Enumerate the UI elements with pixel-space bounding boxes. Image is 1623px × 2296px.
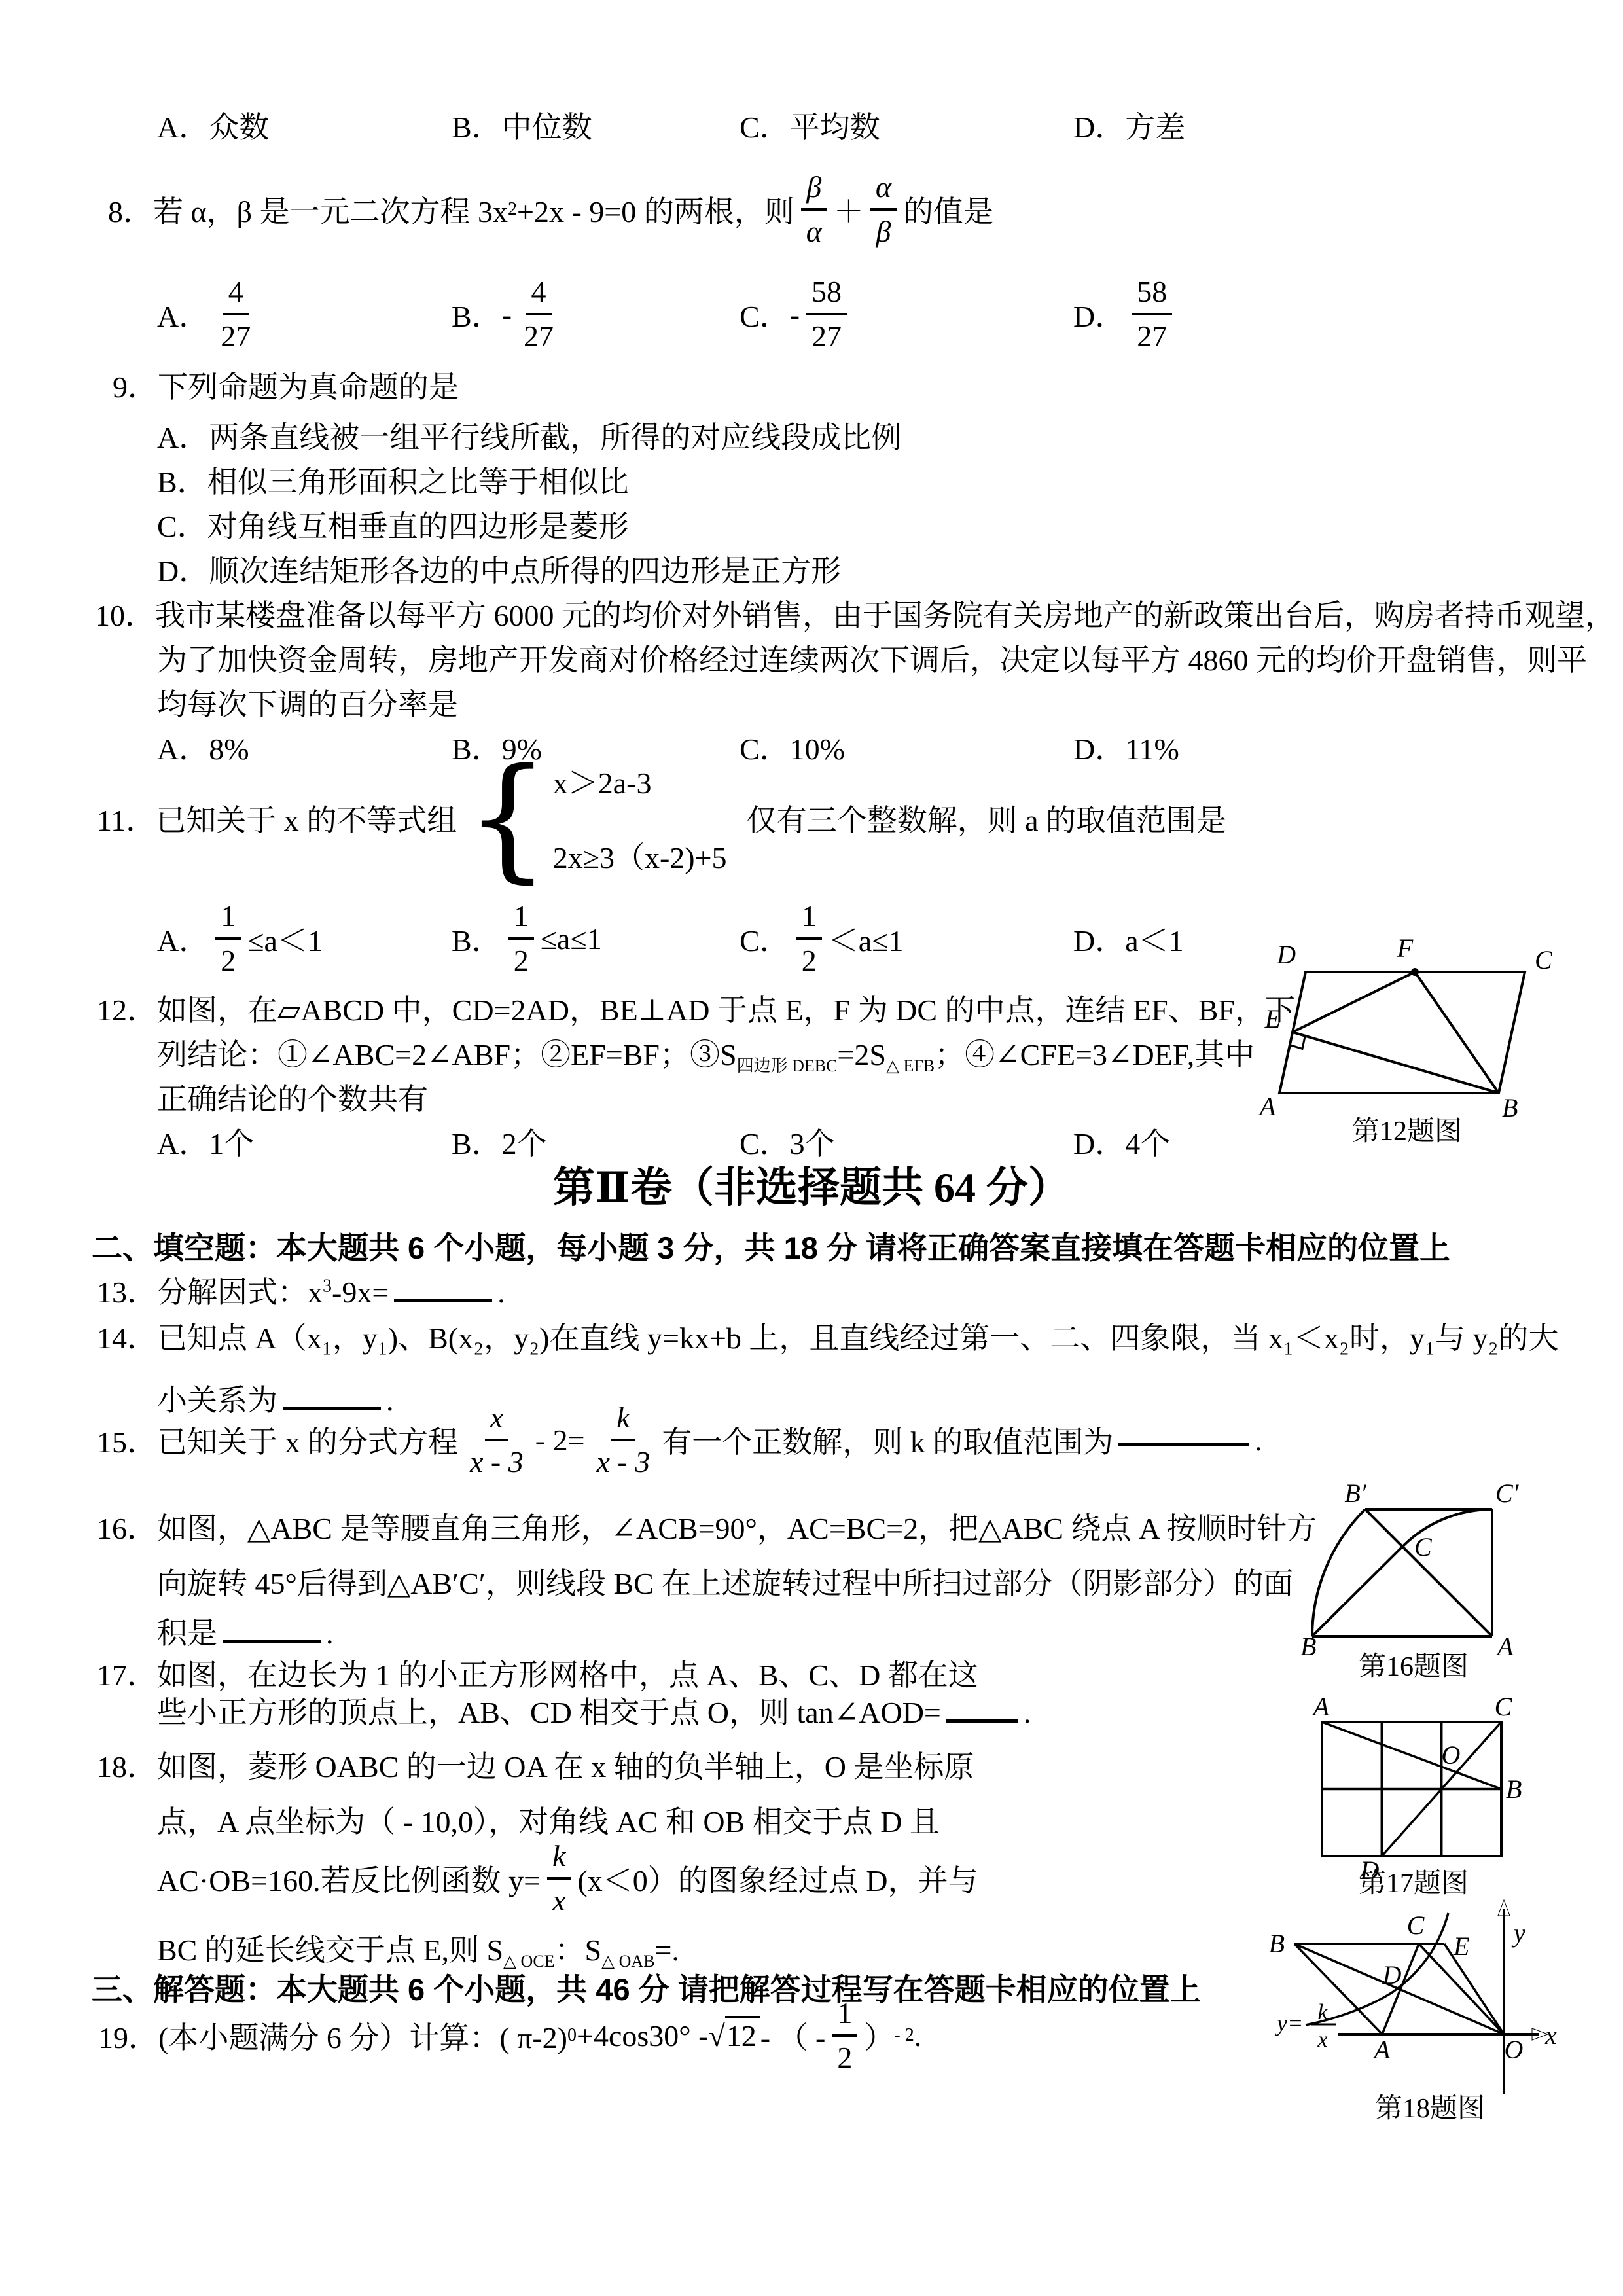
q9-option-c: C．对角线互相垂直的四边形是菱形 — [157, 507, 629, 547]
figure-caption: 第16题图 — [1359, 1652, 1469, 1679]
arc-b-bprime — [1312, 1509, 1365, 1636]
segment-ef — [1293, 972, 1415, 1032]
label-b: B — [1300, 1632, 1316, 1661]
q18-fraction: kx — [547, 1840, 571, 1916]
q12-line3: 正确结论的个数共有 — [157, 1080, 428, 1119]
curve-equation-pre: y= — [1275, 2010, 1303, 2036]
label-x-axis: x — [1544, 2020, 1557, 2050]
label-c: C — [1407, 1910, 1425, 1940]
q10-line1: 10．我市某楼盘准备以每平方 6000 元的均价对外销售，由于国务院有关房地产的… — [95, 596, 1615, 636]
q8-stem-mid: +2x - 9=0 的两根，则 — [517, 188, 794, 231]
answer-blank — [394, 1290, 492, 1302]
q11-option-d: D． a＜1 — [1073, 883, 1184, 994]
figure-q12: D F C E A B 第12题图 — [1240, 929, 1567, 1155]
q8-option-c: C．- 5827 — [740, 259, 853, 370]
q7-option-d: D．方差 — [1073, 108, 1185, 147]
q8-option-b: B．- 427 — [452, 259, 565, 370]
q13: 13．分解因式：x3-9x=. — [97, 1273, 505, 1312]
q7-option-c: C．平均数 — [740, 108, 880, 147]
q18-line1: 18．如图，菱形 OABC 的一边 OA 在 x 轴的负半轴上，O 是坐标原 — [97, 1748, 974, 1787]
label-a: A — [1372, 2035, 1391, 2064]
label-b: B — [1269, 1929, 1285, 1958]
q12-line1: 12．如图，在▱ABCD 中，CD=2AD，BE⊥AD 于点 E，F 为 DC … — [97, 991, 1295, 1030]
point-f-dot — [1411, 968, 1419, 976]
label-c: C — [1414, 1532, 1433, 1562]
label-d: D — [1382, 1960, 1402, 1990]
q7-option-b: B．中位数 — [452, 108, 592, 147]
q15-fraction-1: xx - 3 — [465, 1402, 529, 1478]
q8-stem-pre: 8．若 α，β 是一元二次方程 3x — [108, 188, 508, 231]
segment-eb — [1293, 1032, 1499, 1093]
q19: 19．(本小题满分 6 分）计算：( π-2)0 +4cos30° - √12 … — [98, 1977, 921, 2094]
label-o: O — [1505, 2035, 1524, 2064]
figure-caption: 第18题图 — [1375, 2094, 1485, 2124]
q15-fraction-2: kx - 3 — [592, 1402, 656, 1478]
system-brace: { — [465, 764, 550, 872]
q9-stem: 9．下列命题为真命题的是 — [113, 368, 459, 407]
figure-q18: B C E D A O x y y= k x 第18题图 — [1214, 1895, 1620, 2130]
q18-line3: AC·OB=160.若反比例函数 y= kx (x＜0）的图象经过点 D，并与 — [157, 1816, 978, 1941]
q8-stem-post: 的值是 — [903, 188, 993, 231]
q17-line2: 些小正方形的顶点上，AB、CD 相交于点 O，则 tan∠AOD=. — [157, 1693, 1031, 1732]
q12-line2: 列结论：①∠ABC=2∠ABF；②EF=BF；③S四边形 DEBC=2S△ EF… — [157, 1035, 1255, 1075]
curve-equation-num: k — [1317, 2000, 1328, 2024]
answer-blank — [1118, 1434, 1249, 1446]
q11-option-a: A． 12 ≤a＜1 — [157, 883, 323, 994]
q11-post: 仅有三个整数解，则 a 的取值范围是 — [747, 797, 1226, 840]
figure-q17: A C B D O 第17题图 — [1312, 1698, 1528, 1898]
q8-fraction-2: αβ — [870, 171, 897, 247]
label-a: A — [1495, 1632, 1514, 1661]
label-c: C — [1535, 945, 1553, 975]
q8-fraction-1: βα — [801, 171, 827, 247]
figure-caption: 第17题图 — [1359, 1869, 1469, 1895]
q16-line1: 16．如图，△ABC 是等腰直角三角形，∠ACB=90°，AC=BC=2，把△A… — [97, 1509, 1317, 1549]
inequality-2: 2x≥3（x-2)+5 — [553, 834, 727, 877]
q12-option-a: A．1个 — [157, 1124, 254, 1164]
label-b: B — [1506, 1774, 1522, 1804]
q9-option-b: B．相似三角形面积之比等于相似比 — [157, 463, 629, 502]
label-b-prime: B′ — [1344, 1482, 1366, 1508]
segment-a-bprime — [1365, 1509, 1492, 1636]
q12-option-b: B．2个 — [452, 1124, 547, 1164]
figure-caption: 第12题图 — [1352, 1117, 1462, 1147]
q10-line3: 均每次下调的百分率是 — [157, 685, 458, 725]
q12-subscript-2: △ EFB — [886, 1056, 935, 1075]
label-d: D — [1276, 940, 1296, 969]
q16-line3: 积是. — [157, 1614, 334, 1653]
square-root: √12 — [708, 2018, 760, 2053]
q9-option-d: D．顺次连结矩形各边的中点所得的四边形是正方形 — [157, 552, 841, 591]
q7-option-a: A．众数 — [157, 108, 269, 147]
segment-bc — [1312, 1547, 1402, 1636]
q12-option-d: D．4个 — [1073, 1124, 1170, 1164]
q8-stem: 8．若 α，β 是一元二次方程 3x2+2x - 9=0 的两根，则 βα ＋ … — [108, 154, 993, 265]
q10-line2: 为了加快资金周转，房地产开发商对价格经过连续两次下调后，决定以每平方 4860 … — [157, 641, 1587, 680]
figure-q16: B′ C′ C B A 第16题图 — [1299, 1482, 1561, 1682]
parallelogram-abcd — [1279, 972, 1525, 1093]
label-o: O — [1442, 1740, 1461, 1770]
q18-subscript-2: △ OAB — [601, 1952, 654, 1971]
label-e: E — [1453, 1931, 1469, 1961]
label-a: A — [1312, 1698, 1330, 1721]
inequality-system: x＞2a-3 2x≥3（x-2)+5 — [553, 759, 727, 877]
segment-ab — [1322, 1722, 1501, 1789]
q12-option-c: C．3个 — [740, 1124, 835, 1164]
q11-stem: 11．已知关于 x 的不等式组 { x＞2a-3 2x≥3（x-2)+5 仅有三… — [97, 740, 1226, 897]
shaded-swept-region — [1312, 1509, 1492, 1636]
q18-line4: BC 的延长线交于点 E,则 S△ OCE：S△ OAB=. — [157, 1931, 679, 1970]
q17-line1: 17．如图，在边长为 1 的小正方形网格中，点 A、B、C、D 都在这 — [97, 1656, 978, 1695]
inequality-1: x＞2a-3 — [553, 759, 727, 802]
q11-pre: 11．已知关于 x 的不等式组 — [97, 797, 457, 840]
label-a: A — [1258, 1092, 1276, 1121]
q11-option-c: C． 12 ＜a≤1 — [740, 883, 903, 994]
segment-ba — [1294, 1944, 1382, 2034]
q13-exponent: 3 — [323, 1276, 332, 1297]
answer-blank — [946, 1710, 1018, 1723]
label-y-axis: y — [1511, 1918, 1525, 1948]
answer-blank — [223, 1631, 321, 1643]
q14-line1: 14．已知点 A（x₁，y₁)、B(x₂，y₂)在直线 y=kx+b 上，且直线… — [97, 1319, 1559, 1358]
q9-option-a: A．两条直线被一组平行线所截，所得的对应线段成比例 — [157, 418, 901, 457]
label-e: E — [1264, 1004, 1281, 1033]
part2-header: 第Ⅱ卷（非选择题共 64 分） — [0, 1158, 1623, 1217]
q12-subscript-1: 四边形 DEBC — [737, 1056, 838, 1075]
q19-fraction: 12 — [832, 1998, 857, 2073]
label-b: B — [1502, 1093, 1518, 1122]
exam-page: A．众数 B．中位数 C．平均数 D．方差 8．若 α，β 是一元二次方程 3x… — [0, 0, 1623, 2296]
label-c-prime: C′ — [1495, 1482, 1520, 1508]
q15: 15．已知关于 x 的分式方程 xx - 3 - 2= kx - 3 有一个正数… — [97, 1374, 1262, 1505]
q18-subscript-1: △ OCE — [503, 1952, 555, 1971]
label-f: F — [1397, 933, 1414, 963]
q8-plus: ＋ — [834, 188, 864, 231]
q8-option-a: A． 427 — [157, 259, 262, 370]
q8-option-d: D． 5827 — [1073, 259, 1179, 370]
label-c: C — [1495, 1698, 1513, 1721]
curve-equation-den: x — [1317, 2028, 1327, 2052]
section2-title: 二、填空题：本大题共 6 个小题，每小题 3 分，共 18 分 请将正确答案直接… — [92, 1229, 1450, 1268]
segment-fb — [1415, 972, 1499, 1093]
q11-option-b: B． 12 ≤a≤1 — [452, 883, 602, 994]
q16-line2: 向旋转 45°后得到△AB′C′，则线段 BC 在上述旋转过程中所扫过部分（阴影… — [157, 1564, 1293, 1604]
